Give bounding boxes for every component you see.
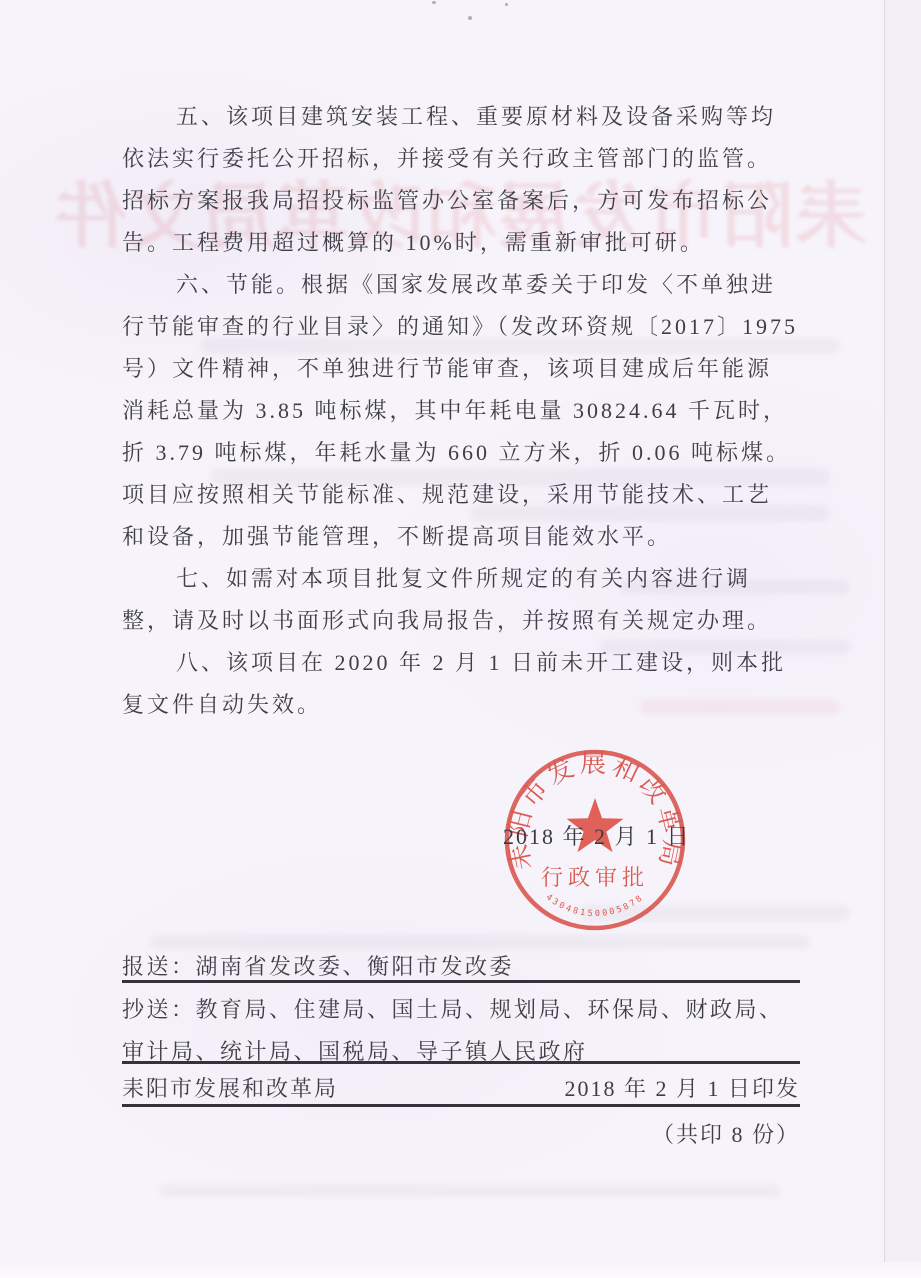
- body-line: 六、节能。根据《国家发展改革委关于印发〈不单独进: [122, 264, 816, 306]
- bleedthrough-smudge: [160, 1185, 780, 1197]
- body-line: 号）文件精神，不单独进行节能审查，该项目建成后年能源: [122, 348, 816, 390]
- body-line: 消耗总量为 3.85 吨标煤，其中年耗电量 30824.64 千瓦时，: [122, 390, 816, 432]
- print-date: 2018 年 2 月 1 日印发: [564, 1072, 800, 1103]
- scan-speck: [505, 3, 508, 6]
- body-line: 项目应按照相关节能标准、规范建设，采用节能技术、工艺: [122, 474, 816, 516]
- body-line: 依法实行委托公开招标，并接受有关行政主管部门的监管。: [122, 138, 816, 180]
- body-line: 五、该项目建筑安装工程、重要原材料及设备采购等均: [122, 96, 816, 138]
- scan-gutter-right: [884, 0, 921, 1278]
- body-line: 七、如需对本项目批复文件所规定的有关内容进行调: [122, 558, 816, 600]
- document-body: 五、该项目建筑安装工程、重要原材料及设备采购等均 依法实行委托公开招标，并接受有…: [122, 96, 816, 726]
- copies-note: （共印 8 份）: [122, 1118, 800, 1149]
- copy-to-line-1: 抄送：教育局、住建局、国土局、规划局、环保局、财政局、: [122, 993, 784, 1024]
- scan-speck: [468, 16, 472, 20]
- body-line: 整，请及时以书面形式向我局报告，并按照有关规定办理。: [122, 600, 816, 642]
- divider-rule: [122, 1061, 800, 1064]
- scan-edge-bottom: [0, 1262, 921, 1278]
- body-line: 招标方案报我局招投标监管办公室备案后，方可发布招标公: [122, 180, 816, 222]
- body-line: 折 3.79 吨标煤，年耗水量为 660 立方米，折 0.06 吨标煤。: [122, 432, 816, 474]
- seal-serial-number: 43048150005878: [544, 892, 646, 919]
- issuing-agency: 耒阳市发展和改革局: [122, 1072, 338, 1103]
- body-line: 行节能审查的行业目录〉的通知》（发改环资规〔2017〕1975: [122, 306, 816, 348]
- report-to-line: 报送：湖南省发改委、衡阳市发改委: [122, 950, 514, 981]
- divider-rule: [122, 1104, 800, 1107]
- bleedthrough-smudge: [150, 935, 810, 949]
- divider-rule: [122, 980, 800, 983]
- scanned-document-page: 耒阳市发展和改革局文件 五、该项目建筑安装工程、重要原材料及设备采购等均 依法实…: [0, 0, 921, 1278]
- body-line: 八、该项目在 2020 年 2 月 1 日前未开工建设，则本批: [122, 642, 816, 684]
- body-line: 和设备，加强节能管理，不断提高项目能效水平。: [122, 516, 816, 558]
- body-line: 告。工程费用超过概算的 10%时，需重新审批可研。: [122, 222, 816, 264]
- seal-caption: 行政审批: [541, 865, 649, 890]
- issuer-row: 耒阳市发展和改革局 2018 年 2 月 1 日印发: [122, 1072, 800, 1103]
- body-line: 复文件自动失效。: [122, 684, 816, 726]
- scan-speck: [432, 1, 436, 4]
- signature-date: 2018 年 2 月 1 日: [503, 820, 691, 851]
